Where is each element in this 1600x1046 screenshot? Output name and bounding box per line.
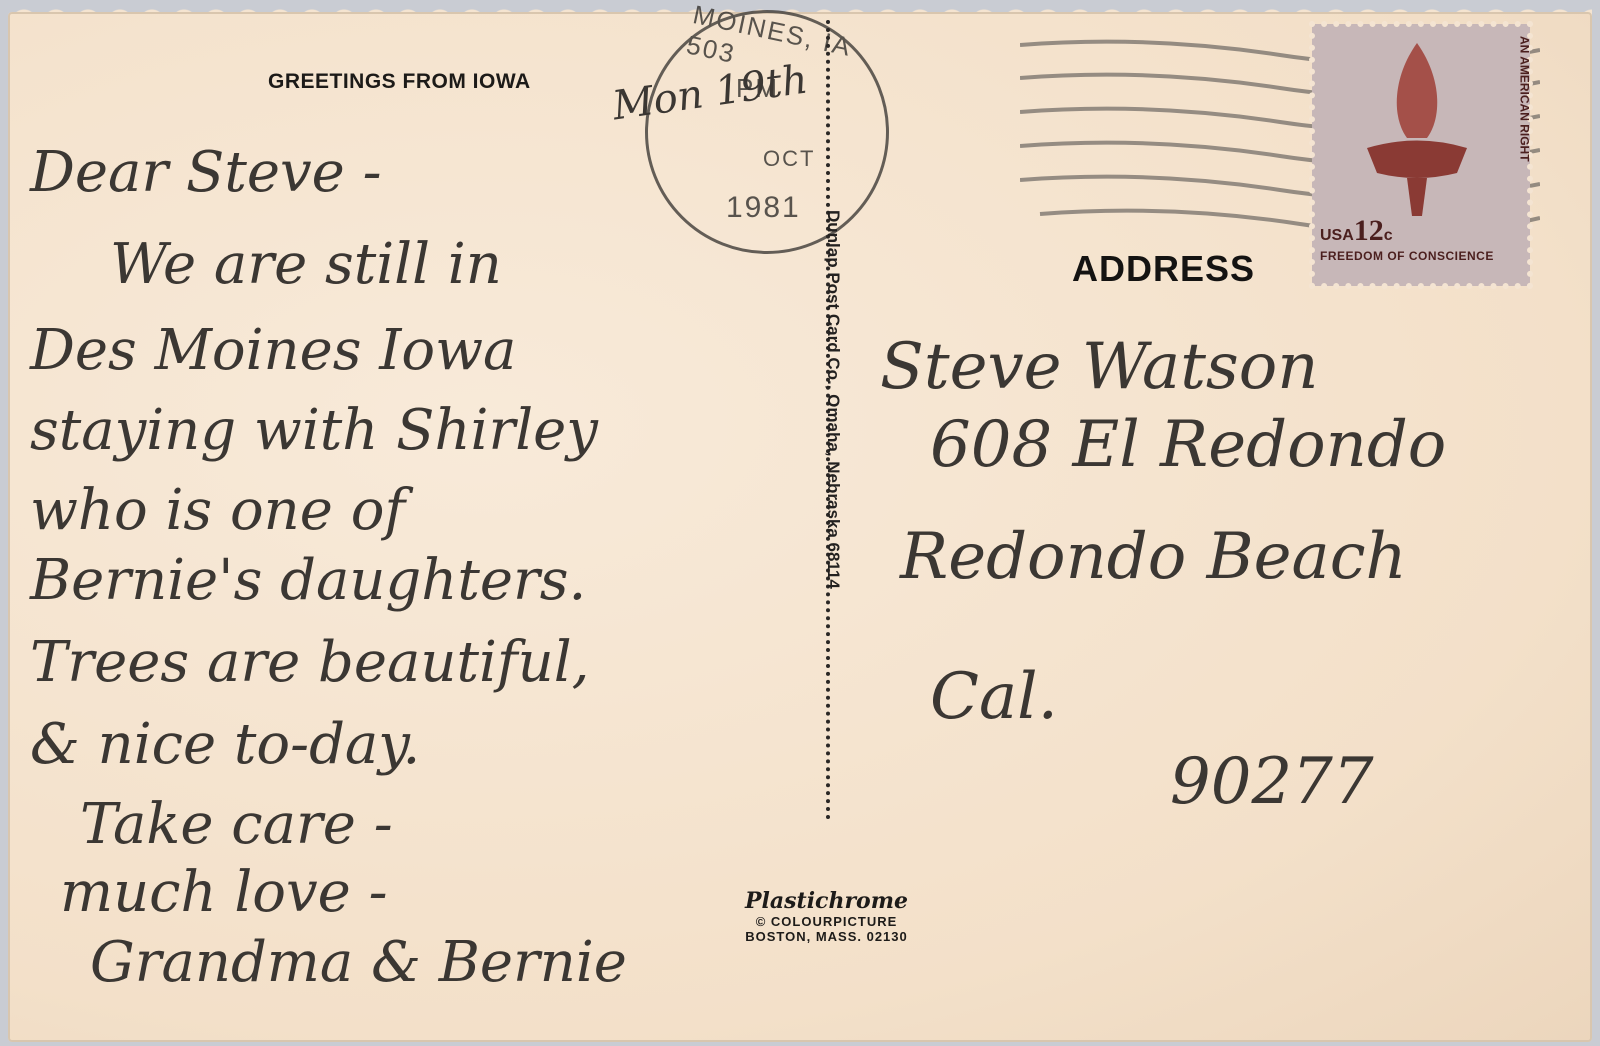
- stamp-side-text: AN AMERICAN RIGHT: [1518, 36, 1532, 162]
- message-line: & nice to-day.: [30, 712, 420, 777]
- printer-line1: © COLOURPICTURE: [745, 914, 908, 929]
- printer-mark: Plastichrome © COLOURPICTURE BOSTON, MAS…: [745, 888, 908, 944]
- postage-stamp: USA12c FREEDOM OF CONSCIENCE AN AMERICAN…: [1312, 24, 1530, 286]
- message-line: Take care -: [80, 792, 393, 857]
- printer-line2: BOSTON, MASS. 02130: [745, 929, 908, 944]
- printer-brand: Plastichrome: [745, 888, 908, 914]
- message-line: We are still in: [110, 232, 502, 297]
- message-line: Grandma & Bernie: [90, 930, 627, 995]
- postmark-year: 1981: [726, 191, 801, 225]
- message-line: Dear Steve -: [30, 140, 382, 205]
- recipient-street: 608 El Redondo: [930, 408, 1446, 482]
- message-line: staying with Shirley: [30, 398, 598, 463]
- message-line: Des Moines Iowa: [30, 318, 516, 383]
- stamp-caption: FREEDOM OF CONSCIENCE: [1320, 249, 1494, 263]
- recipient-city: Redondo Beach: [900, 520, 1407, 594]
- message-line: Trees are beautiful,: [30, 630, 589, 695]
- recipient-state: Cal.: [930, 660, 1058, 734]
- message-line: who is one of: [30, 478, 405, 543]
- recipient-zip: 90277: [1170, 745, 1374, 819]
- stamp-denomination: USA12c: [1320, 214, 1393, 248]
- postmark-month: OCT: [763, 146, 815, 172]
- greeting-header: GREETINGS FROM IOWA: [268, 70, 531, 94]
- postmark: MOINES, IA 503 PM OCT 1981: [645, 10, 889, 254]
- message-line: much love -: [60, 860, 388, 925]
- recipient-name: Steve Watson: [880, 330, 1319, 404]
- address-label: ADDRESS: [1072, 248, 1255, 290]
- publisher-line: Dunlap Post Card Co., Omaha, Nebraska 68…: [823, 210, 843, 589]
- message-line: Bernie's daughters.: [30, 548, 586, 613]
- torch-icon: [1352, 38, 1482, 218]
